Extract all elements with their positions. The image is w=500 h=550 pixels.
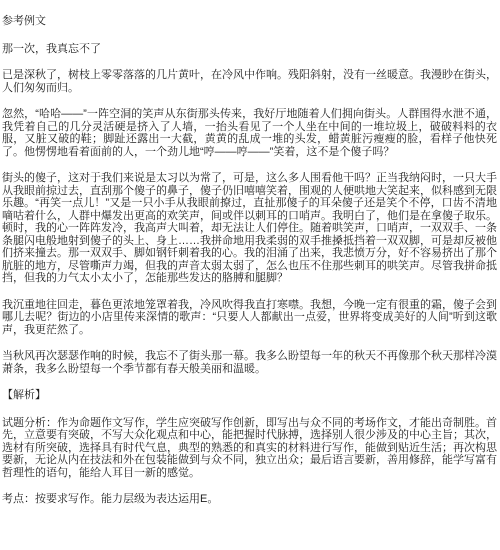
essay-paragraph-3: 街头的傻子，这对于我们来说是太习以为常了，可是，这么多人围看他干吗？正当我纳闷时…: [2, 172, 497, 285]
section-label: 参考例文: [2, 15, 497, 28]
essay-paragraph-4: 我沉重地往回走，暮色更浓地笼罩着我，冷风吹得我直打寒噤。我想，今晚一定有很重的霜…: [2, 299, 497, 337]
essay-paragraph-2: 忽然，“哈哈——”一阵空洞的笑声从东街那头传来，我好厅地随着人们拥向街头。人群围…: [2, 108, 497, 158]
essay-title: 那一次，我真忘不了: [2, 43, 497, 56]
analysis-paragraph-1: 试题分析：作为命题作文写作，学生应突破写作创新，即写出与众不同的考场作文，才能出…: [2, 417, 497, 480]
essay-paragraph-5: 当秋风再次瑟瑟作响的时候，我忘不了街头那一幕。我多么盼望每一年的秋天不再像那个秋…: [2, 350, 497, 375]
essay-paragraph-1: 已是深秋了，树枝上零零落落的几片黄叶，在冷风中作响。残阳斜射，没有一丝暖意。我漫…: [2, 69, 497, 94]
analysis-section-label: 【解析】: [2, 389, 497, 402]
analysis-paragraph-2: 考点：按要求写作。能力层级为表达运用E。: [2, 493, 497, 506]
exam-answer-document: 参考例文 那一次，我真忘不了 已是深秋了，树枝上零零落落的几片黄叶，在冷风中作响…: [0, 0, 500, 550]
